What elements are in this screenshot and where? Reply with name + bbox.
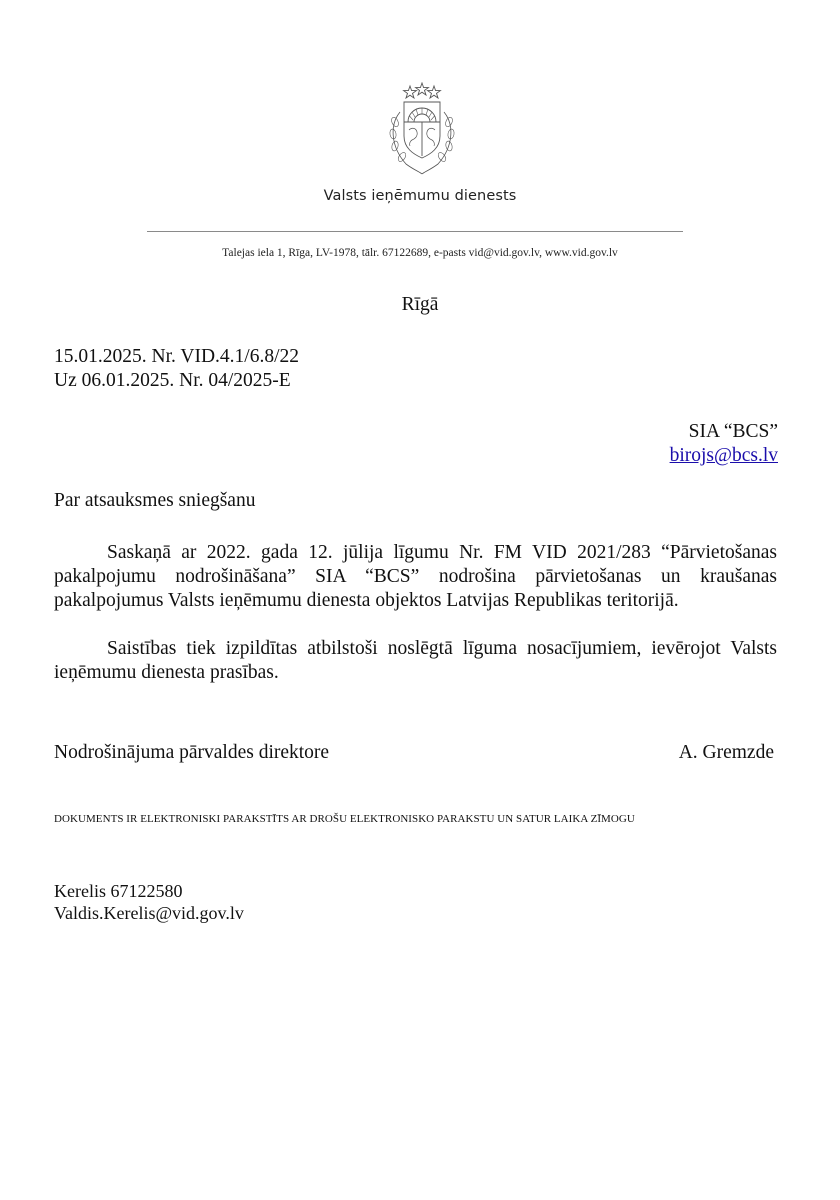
document-reference: 15.01.2025. Nr. VID.4.1/6.8/22 [54,345,299,369]
body-paragraph: Saistības tiek izpildītas atbilstoši nos… [54,637,777,685]
recipient-email-link[interactable]: birojs@bcs.lv [670,444,778,468]
header-divider [147,231,683,232]
letter-subject: Par atsauksmes sniegšanu [54,489,255,513]
latvia-coat-of-arms-icon [384,82,460,178]
reply-reference: Uz 06.01.2025. Nr. 04/2025-E [54,369,291,393]
letter-page: Valsts ieņēmumu dienests Talejas iela 1,… [0,0,840,1200]
signer-title: Nodrošinājuma pārvaldes direktore [54,741,329,765]
signer-name: A. Gremzde [679,741,774,765]
recipient-name: SIA “BCS” [689,420,778,444]
contact-person-email: Valdis.Kerelis@vid.gov.lv [54,902,244,924]
organization-name: Valsts ieņēmumu dienests [0,188,840,204]
body-paragraph: Saskaņā ar 2022. gada 12. jūlija līgumu … [54,541,777,613]
organization-contact-line: Talejas iela 1, Rīga, LV-1978, tālr. 671… [0,247,840,259]
contact-person: Kerelis 67122580 [54,880,182,902]
place-of-issue: Rīgā [0,293,840,317]
electronic-signature-note: DOKUMENTS IR ELEKTRONISKI PARAKSTĪTS AR … [54,813,635,825]
